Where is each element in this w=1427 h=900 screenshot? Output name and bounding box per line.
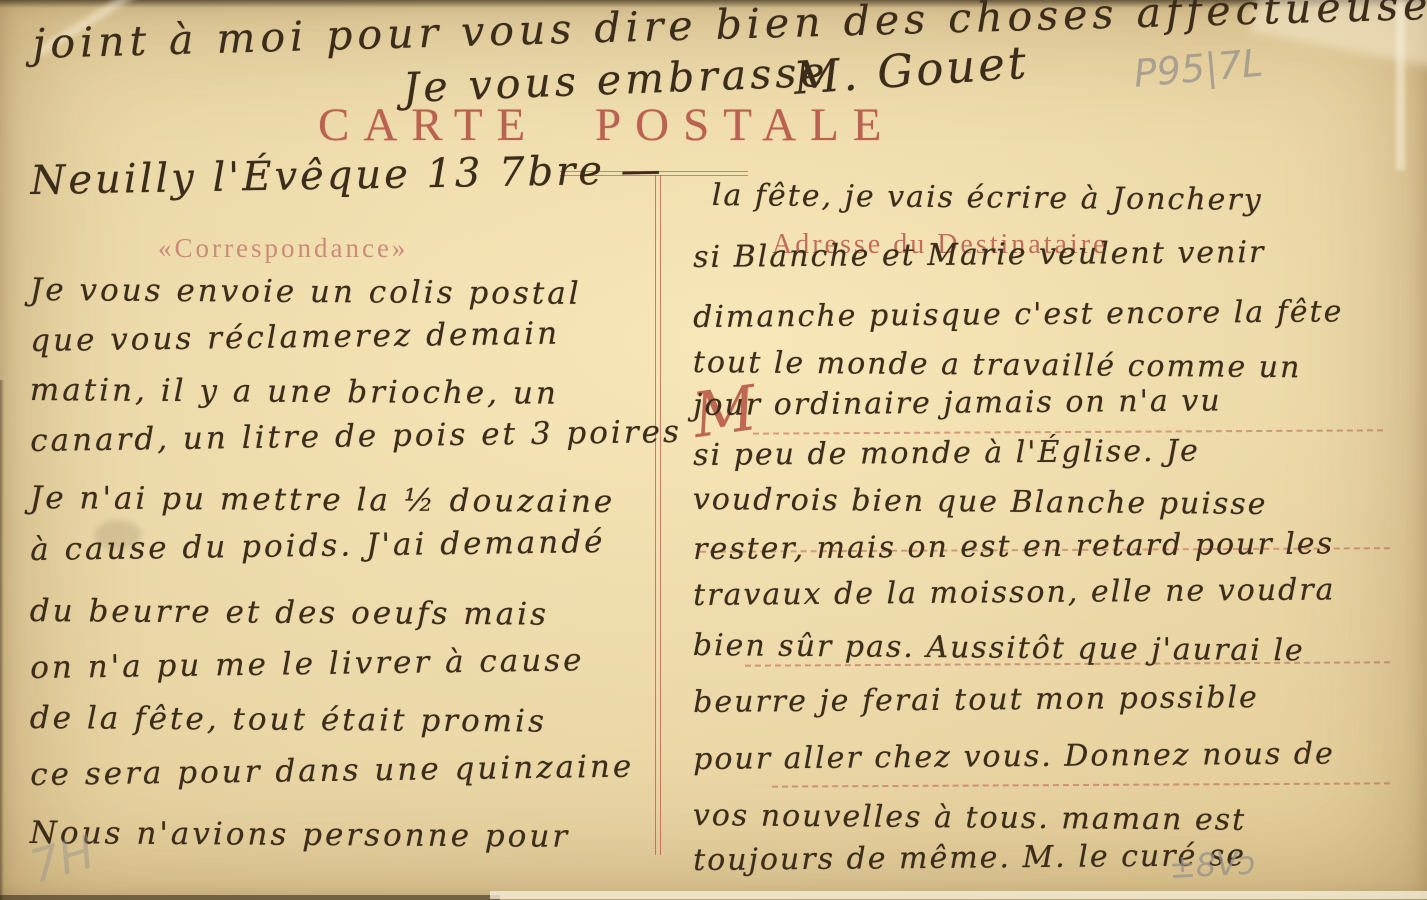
handwriting-line: vos nouvelles à tous. maman est (693, 798, 1247, 838)
handwriting-line: voudrois bien que Blanche puisse (693, 482, 1268, 522)
handwriting-line: jour ordinaire jamais on n'a vu (693, 383, 1222, 423)
handwriting-line: canard, un litre de pois et 3 poires (30, 414, 682, 459)
handwriting-line: que vous réclamerez demain (30, 316, 560, 359)
bottom-edge-shadow (0, 895, 500, 900)
handwriting-line: à cause du poids. J'ai demandé (30, 524, 606, 568)
handwriting-line: rester, mais on est en retard pour les (693, 526, 1334, 567)
handwriting-line: pour aller chez vous. Donnez nous de (693, 736, 1335, 777)
handwriting-line: si Blanche et Marie veulent venir (693, 235, 1266, 275)
handwriting-line: ce sera pour dans une quinzaine (30, 749, 634, 793)
left-edge-shadow (0, 380, 4, 900)
handwriting-line: travaux de la moisson, elle ne voudra (693, 572, 1336, 613)
handwriting-line: de la fête, tout était promis (30, 700, 547, 740)
date-line: Neuilly l'Évêque 13 7bre — (30, 147, 664, 204)
handwriting-line: bien sûr pas. Aussitôt que j'aurai le (693, 628, 1305, 668)
handwriting-line: Nous n'avions personne pour (30, 815, 571, 855)
handwriting-line: on n'a pu me le livrer à cause (30, 642, 585, 686)
handwriting-line: Je n'ai pu mettre la ½ douzaine (30, 480, 616, 520)
handwriting-line: matin, il y a une brioche, un (30, 372, 559, 412)
column-divider-rule (655, 175, 661, 855)
handwriting-line: beurre je ferai tout mon possible (693, 680, 1259, 720)
handwriting-line: du beurre et des oeufs mais (30, 593, 549, 633)
postcard: CARTE POSTALE «Correspondance» Adresse d… (0, 0, 1427, 900)
handwriting-line: si peu de monde à l'Église. Je (693, 434, 1200, 473)
correspondance-label: «Correspondance» (158, 233, 408, 264)
handwriting-line: Je vous envoie un colis postal (30, 272, 582, 312)
handwriting-line: toujours de même. M. le curé se (693, 838, 1246, 878)
signature: M. Gouet (792, 36, 1031, 105)
handwriting-line: la fête, je vais écrire à Jonchery (712, 178, 1263, 218)
bottom-edge-highlight (490, 891, 1427, 899)
pencil-mark: ±8Vɔ (1168, 843, 1257, 885)
handwriting-line: dimanche puisque c'est encore la fête (693, 294, 1344, 335)
pencil-mark: P95|7L (1132, 41, 1265, 96)
handwriting-line: tout le monde a travaillé comme un (693, 345, 1302, 385)
address-dotted-line (772, 782, 1390, 787)
